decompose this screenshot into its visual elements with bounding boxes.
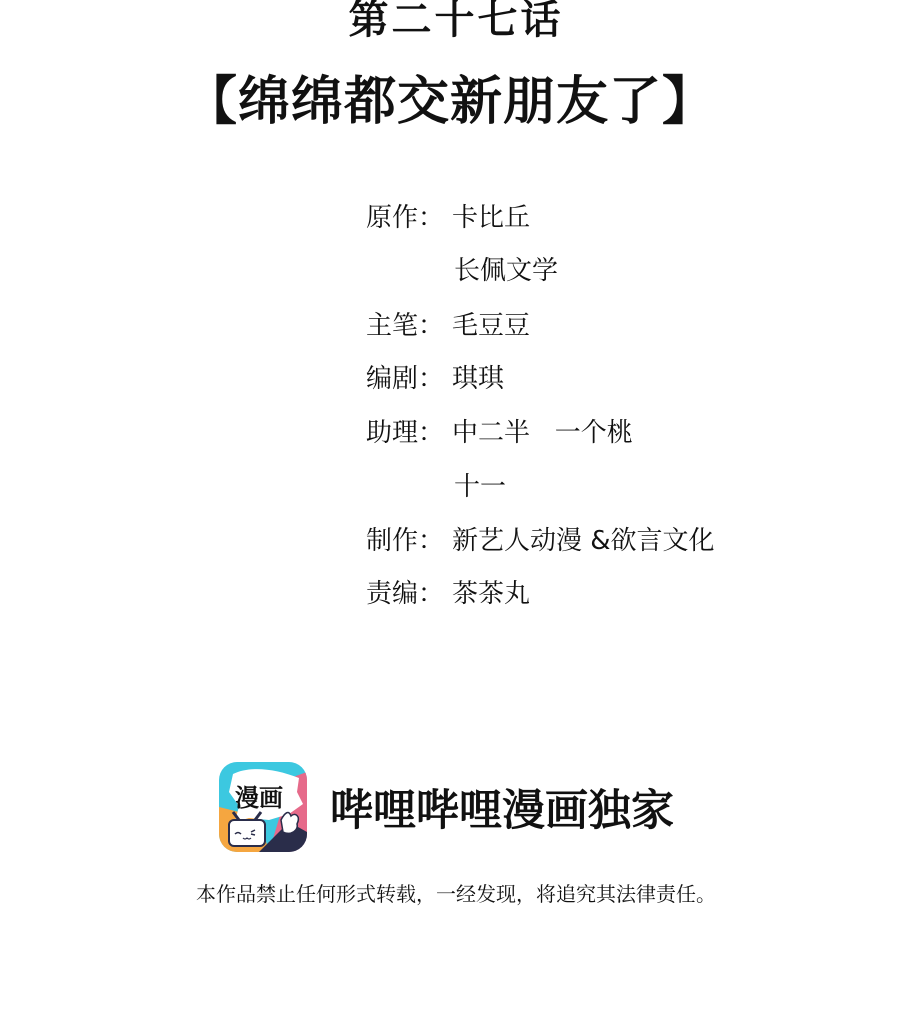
credit-label: 责编：	[366, 576, 444, 612]
episode-title: 【绵绵都交新朋友了】	[0, 70, 900, 134]
copyright-disclaimer: 本作品禁止任何形式转载，一经发现，将追究其法律责任。	[0, 880, 900, 908]
credit-label: 主笔：	[366, 308, 444, 344]
credit-label: 原作：	[366, 200, 444, 236]
credit-value: 十一	[454, 469, 506, 505]
credit-value: 新艺人动漫 &欲言文化	[452, 523, 715, 559]
credit-value: 长佩文学	[454, 253, 558, 289]
exclusive-brand-text: 哔哩哔哩漫画独家	[330, 784, 674, 838]
credit-label: 制作：	[366, 523, 444, 559]
credit-value: 茶茶丸	[452, 576, 530, 612]
credit-value: 卡比丘	[452, 200, 530, 236]
credit-label: 助理：	[366, 415, 444, 451]
credit-value: 琪琪	[452, 361, 504, 397]
credit-value: 中二半 一个桃	[452, 415, 633, 451]
svg-text:漫画: 漫画	[235, 783, 283, 812]
credit-value: 毛豆豆	[452, 308, 530, 344]
bilibili-comics-logo-icon: 漫画	[219, 762, 307, 852]
credit-label: 编剧：	[366, 361, 444, 397]
episode-number: 第二十七话	[0, 0, 900, 44]
